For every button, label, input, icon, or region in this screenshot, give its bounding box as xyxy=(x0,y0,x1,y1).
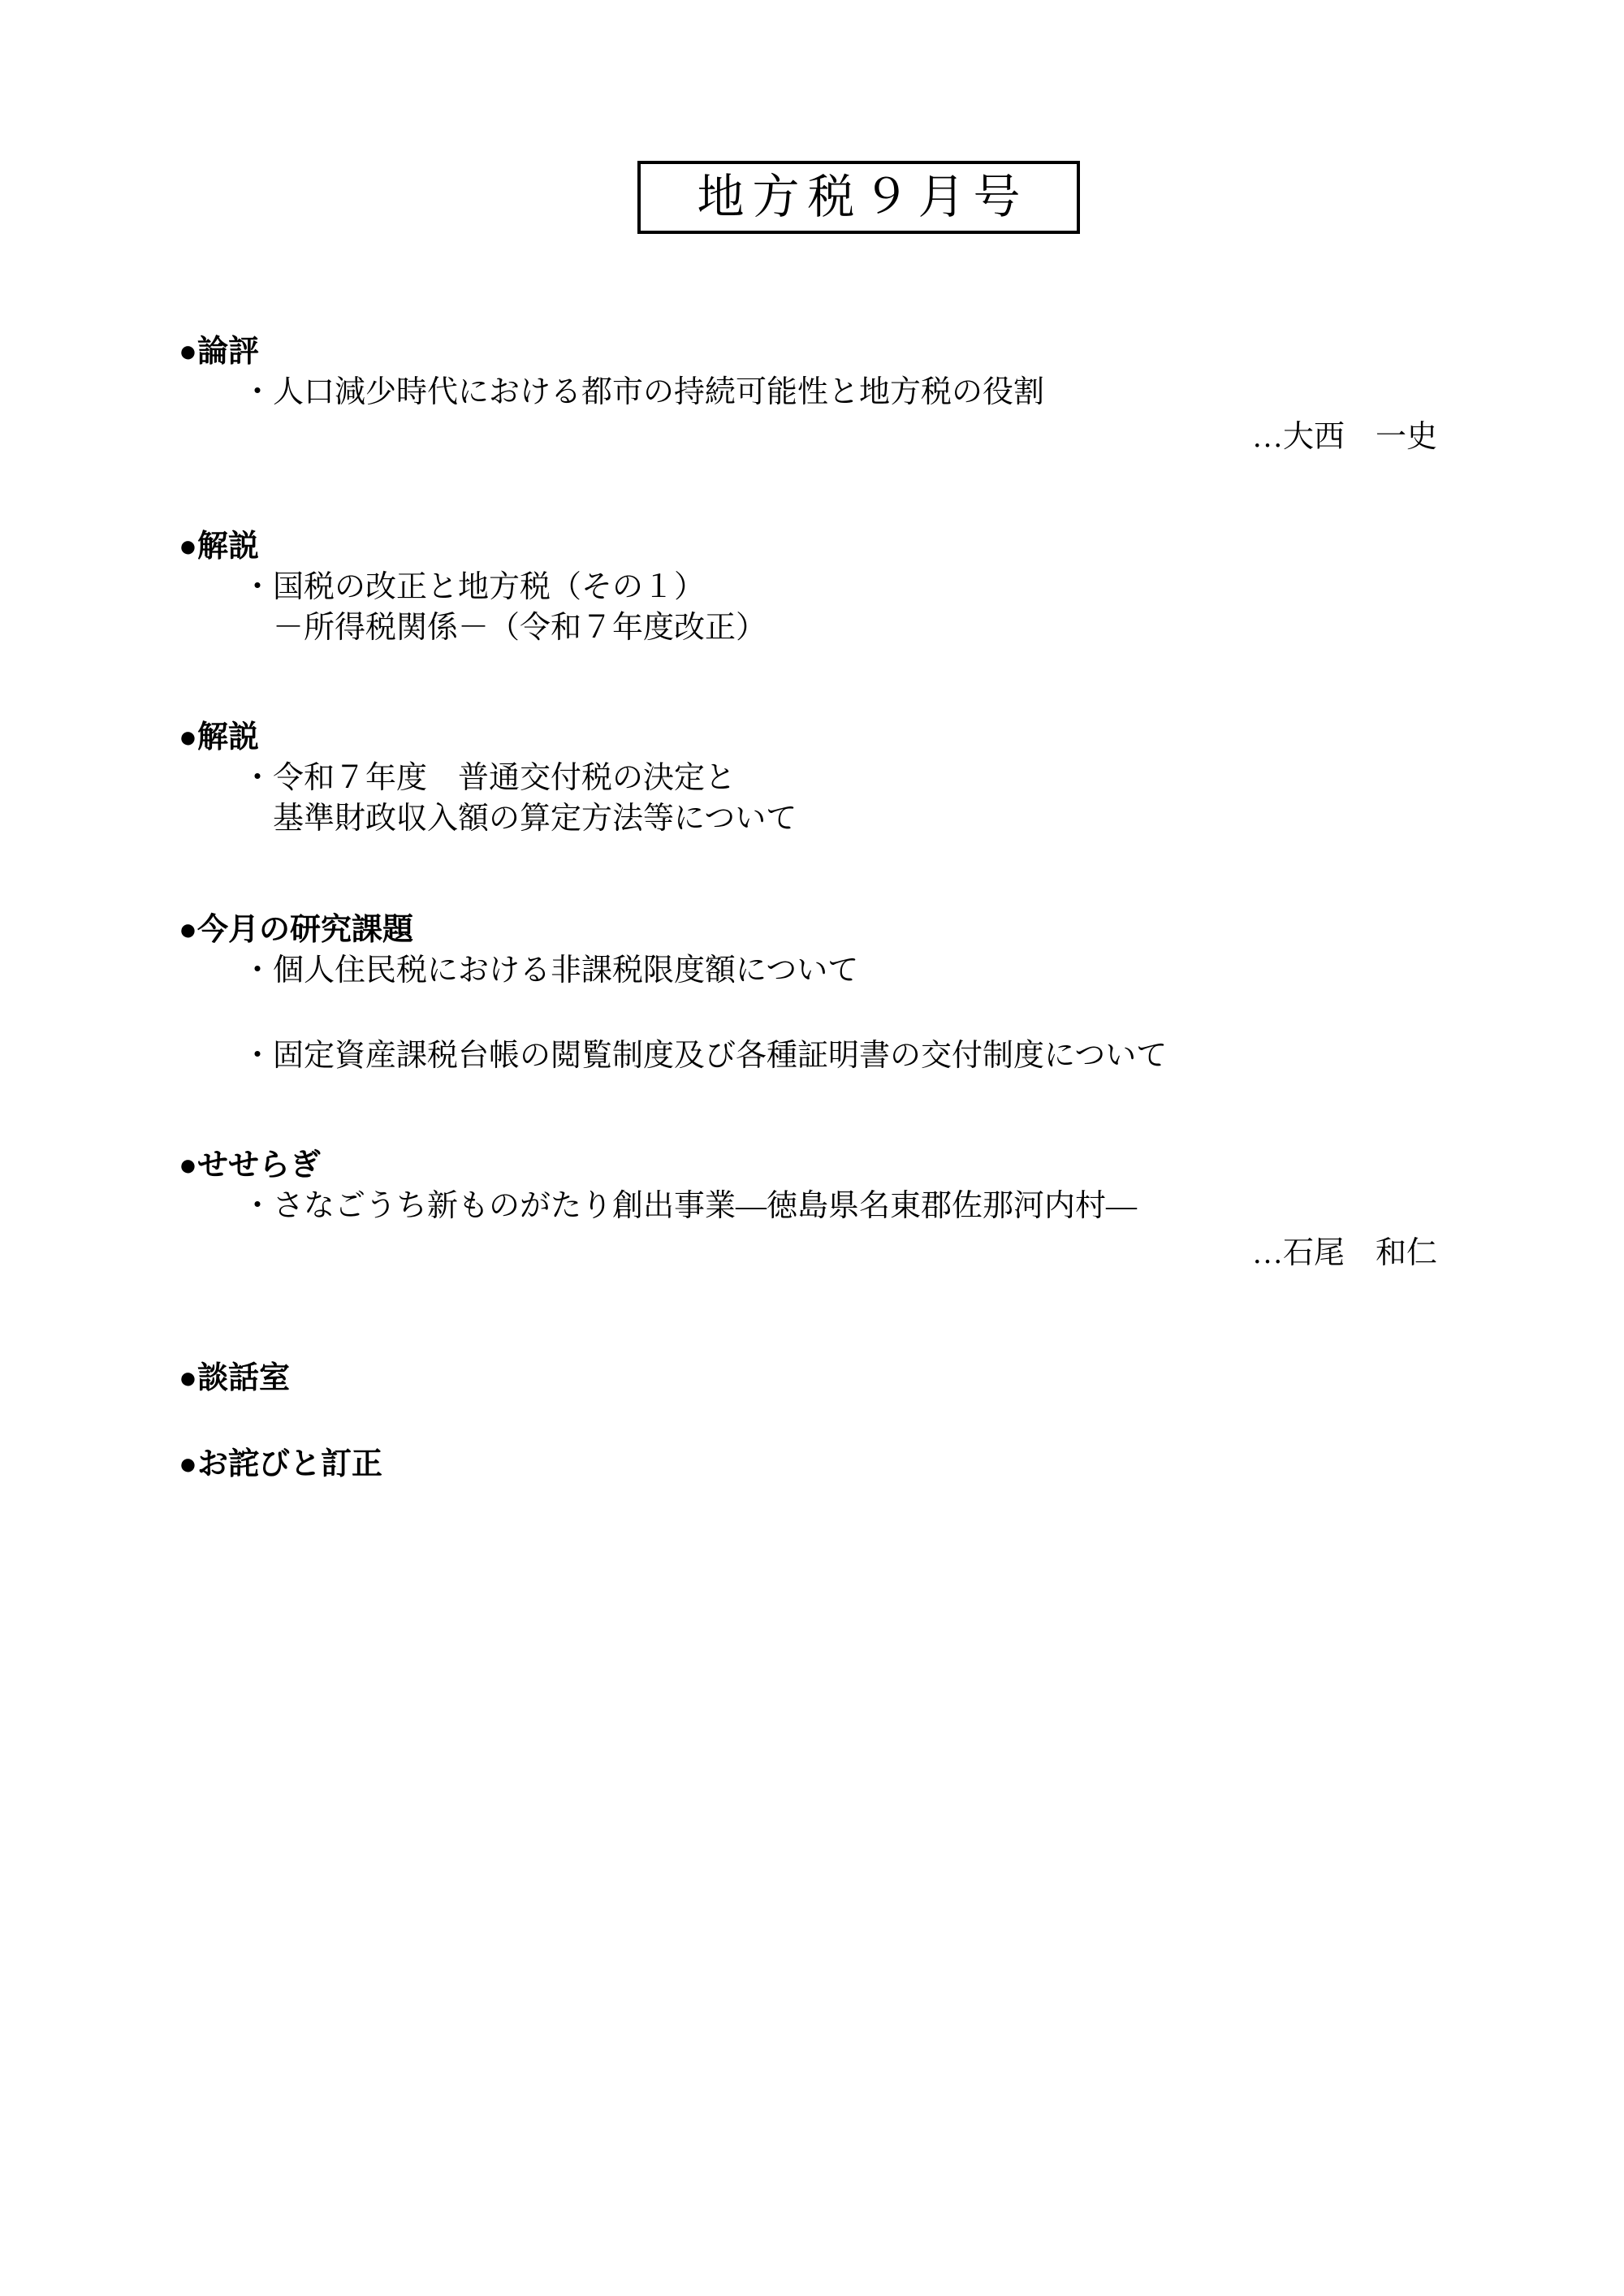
section-heading-text: 論評 xyxy=(197,335,259,369)
section-bullet-icon: ● xyxy=(179,335,197,369)
page-title: 地方税９月号 xyxy=(689,174,1028,221)
section-heading-text: お詫びと訂正 xyxy=(197,1447,382,1481)
section-bullet-icon: ● xyxy=(179,1148,197,1183)
section-heading: ●解説 xyxy=(179,526,1437,567)
author-credit: …大西 一史 xyxy=(179,417,1437,457)
toc-item-line: ・国税の改正と地方税（その１） xyxy=(179,567,1437,608)
toc-item-text: 国税の改正と地方税（その１） xyxy=(273,570,705,604)
section-bullet-icon: ● xyxy=(179,1447,197,1481)
section-heading: ●せせらぎ xyxy=(179,1145,1437,1186)
toc-section-seseragi: ●せせらぎ ・さなごうち新ものがたり創出事業―徳島県名東郡佐那河内村― …石尾 … xyxy=(179,1145,1437,1273)
toc-section-kenkyu-kadai: ●今月の研究課題 ・個人住民税における非課税限度額について ・固定資産課税台帳の… xyxy=(179,910,1437,1076)
toc-section-kaisetsu-1: ●解説 ・国税の改正と地方税（その１） －所得税関係－（令和７年度改正） xyxy=(179,526,1437,648)
toc-item-line: ・令和７年度 普通交付税の決定と xyxy=(179,758,1437,798)
section-heading-text: 解説 xyxy=(197,720,259,755)
document-page: 地方税９月号 ●論評 ・人口減少時代における都市の持続可能性と地方税の役割 …大… xyxy=(0,0,1624,2296)
toc-item-text: 令和７年度 普通交付税の決定と xyxy=(273,761,736,795)
section-bullet-icon: ● xyxy=(179,913,197,947)
toc-item-text: 固定資産課税台帳の閲覧制度及び各種証明書の交付制度について xyxy=(273,1039,1167,1073)
toc-section-ronpyo: ●論評 ・人口減少時代における都市の持続可能性と地方税の役割 …大西 一史 xyxy=(179,331,1437,457)
toc-item-continuation: 基準財政収入額の算定方法等について xyxy=(179,798,1437,839)
page-title-box: 地方税９月号 xyxy=(637,161,1080,234)
section-heading: ●解説 xyxy=(179,717,1437,758)
item-bullet-icon: ・ xyxy=(242,950,273,991)
section-heading-text: 談話室 xyxy=(197,1361,290,1395)
toc-item-line: ・固定資産課税台帳の閲覧制度及び各種証明書の交付制度について xyxy=(179,1036,1437,1076)
item-bullet-icon: ・ xyxy=(242,372,273,413)
section-heading-text: 解説 xyxy=(197,530,259,564)
toc-item-continuation: －所得税関係－（令和７年度改正） xyxy=(179,608,1437,648)
toc-section-owabi-teisei: ●お詫びと訂正 xyxy=(179,1444,1437,1485)
toc-section-danwashitsu: ●談話室 xyxy=(179,1358,1437,1399)
toc-section-kaisetsu-2: ●解説 ・令和７年度 普通交付税の決定と 基準財政収入額の算定方法等について xyxy=(179,717,1437,839)
item-bullet-icon: ・ xyxy=(242,1036,273,1076)
section-heading: ●お詫びと訂正 xyxy=(179,1444,1437,1485)
section-bullet-icon: ● xyxy=(179,1361,197,1395)
table-of-contents: ●論評 ・人口減少時代における都市の持続可能性と地方税の役割 …大西 一史 ●解… xyxy=(179,331,1437,1485)
toc-item-line: ・人口減少時代における都市の持続可能性と地方税の役割 xyxy=(179,372,1437,413)
section-heading: ●今月の研究課題 xyxy=(179,910,1437,950)
toc-item-line: ・個人住民税における非課税限度額について xyxy=(179,950,1437,991)
author-credit: …石尾 和仁 xyxy=(179,1233,1437,1273)
item-bullet-icon: ・ xyxy=(242,567,273,608)
item-bullet-icon: ・ xyxy=(242,1186,273,1226)
toc-item-text: 個人住民税における非課税限度額について xyxy=(273,953,858,988)
toc-item-text: 人口減少時代における都市の持続可能性と地方税の役割 xyxy=(273,375,1044,409)
section-bullet-icon: ● xyxy=(179,720,197,755)
toc-item-line: ・さなごうち新ものがたり創出事業―徳島県名東郡佐那河内村― xyxy=(179,1186,1437,1226)
section-heading-text: 今月の研究課題 xyxy=(197,913,413,947)
section-heading-text: せせらぎ xyxy=(197,1148,321,1183)
section-heading: ●論評 xyxy=(179,331,1437,372)
section-bullet-icon: ● xyxy=(179,530,197,564)
section-heading: ●談話室 xyxy=(179,1358,1437,1399)
toc-item-text: さなごうち新ものがたり創出事業―徳島県名東郡佐那河内村― xyxy=(273,1189,1137,1223)
item-bullet-icon: ・ xyxy=(242,758,273,798)
